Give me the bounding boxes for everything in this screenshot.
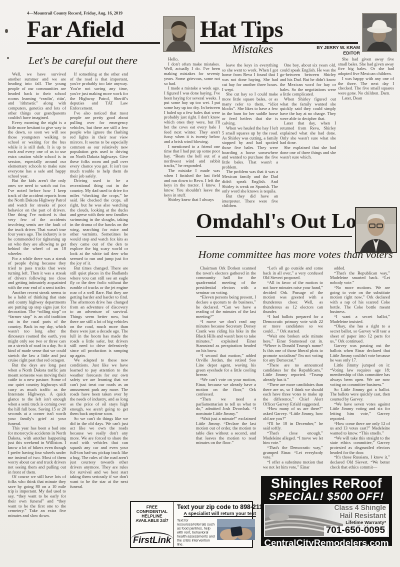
firstlink-helpline-ad: FREE CONFIDENTIAL HELPLINE AVAILABLE 24/…: [130, 501, 253, 548]
byline-name: BY JERRY W. KRAM: [317, 45, 360, 50]
paragraph: Well, we have survived another summer an…: [8, 72, 66, 121]
paragraph: “Okay, she has a right to a secret ballo…: [330, 324, 390, 343]
hat-tips-column-2: leave the keys in everything so she went…: [222, 63, 278, 210]
shingles-ad-website: CentralCityRemodelers.com: [261, 538, 392, 549]
paragraph: “I offer a substitute motion that we not…: [263, 460, 323, 470]
omdahl-column-2: “Let's all go outside and come back in a…: [263, 266, 323, 472]
firstlink-ad-headline: Text your zip code to 898-211: [177, 504, 263, 511]
paragraph: This year has been a bad one for motorcy…: [8, 426, 66, 475]
paragraph: The problem was that it was a Mexican fa…: [222, 170, 278, 194]
shingles-ad-title: Shingles ReRoof: [261, 477, 392, 491]
hat-tips-subhead: Mistakes: [200, 44, 305, 56]
paragraph: I've also noticed that most people are p…: [70, 111, 128, 179]
paragraph: “Wait just a minute!” exclaimed Little J…: [196, 416, 256, 445]
paragraph: “I move we don't read any minutes becaus…: [196, 319, 256, 353]
far-afield-column-2: If something at the other end of the roa…: [70, 72, 128, 531]
omdahl-rule: [196, 236, 352, 237]
firstlink-logo: FirstLink: [133, 535, 171, 545]
paragraph: “We have seven votes against Little Jimm…: [330, 402, 390, 421]
paragraph: But times changed. There are still quiet…: [70, 266, 128, 358]
firstlink-line-available: AVAILABLE 24/7: [132, 519, 172, 524]
paragraph: “We will take this straight to the state…: [330, 436, 390, 455]
paragraph: Another recent streak seems to be a habi…: [8, 290, 66, 363]
paragraph: Of course we still have lots of folks wh…: [8, 475, 66, 519]
paragraph: I made a mistake a week ago. I figured I…: [164, 86, 220, 144]
paragraph: “I'll be 18 in December,” he said softly…: [263, 421, 323, 431]
paragraph: “I had ballots prepared for a Democratic…: [263, 315, 323, 334]
paragraph: She cut hay so I could make more little …: [222, 92, 278, 126]
paragraph: “That's close enough,” Madeleine alleged…: [263, 431, 323, 446]
paragraph: So Little Jimmy got a ballot. The ballot…: [330, 387, 390, 402]
jerry-kram-portrait: [164, 17, 194, 51]
shingles-ad-features-main: Class 4 Shingle Hail Resistant: [334, 505, 386, 520]
shingles-ad-special-offer: SPECIAL! $500 OFF!: [261, 491, 392, 503]
firstlink-ad-subheadline: A specialist will return your text: [177, 512, 263, 517]
scan-speck: [5, 29, 8, 33]
firstlink-ad-body-text: Text for resources/referrals such as foo…: [177, 519, 215, 543]
paragraph: Chairman Ork Dorken scanned the town's e…: [196, 266, 256, 295]
omdahl-column-1: Chairman Ork Dorken scanned the town's e…: [196, 266, 256, 472]
paragraph: I don't often make mistakes. Well, actua…: [164, 62, 220, 86]
paragraph: leave the keys in everything so she went…: [222, 63, 278, 92]
hat-tips-column-4: She had given away five small bales. She…: [338, 57, 394, 207]
far-afield-column-1: Well, we have survived another summer an…: [8, 72, 66, 563]
paragraph: Later that day, when I returned from Rev…: [280, 121, 336, 145]
paragraph: “There are no announced candidates for t…: [263, 363, 323, 382]
paragraph: “Wait one broken axle minute here,” Eina…: [263, 334, 323, 363]
paragraph: So we can't do things like we did in the…: [70, 416, 128, 489]
lloyd-omdahl-portrait: [356, 208, 396, 252]
paragraph: Little Jimmy jumped on it: “Voting law r…: [330, 363, 390, 387]
paragraph: One boy, about six years old, could spea…: [280, 63, 336, 97]
hat-tips-title: Hat Tips: [200, 17, 283, 43]
paragraph: But the days are long past when a North …: [8, 363, 66, 426]
firstlink-ad-right-panel: Text your zip code to 898-211 A speciali…: [174, 502, 265, 547]
texting-hands-photo: [217, 519, 255, 540]
paragraph: When Shirley figured out what the family…: [280, 97, 336, 121]
shingles-ad-inner-panel: Class 4 Shingle Hail Resistant Lifetime …: [264, 504, 389, 537]
far-afield-title: Far Afield: [27, 17, 124, 43]
dean-meyer-headshot-photo: [362, 13, 397, 52]
paragraph: “Then we need a parliamentarian to tell …: [196, 397, 256, 416]
lloyd-omdahl-headshot-photo: [355, 207, 397, 253]
omdahl-subhead: Home committee has more votes than voter…: [196, 249, 395, 261]
paragraph: “How come there are only 12 of us and 13…: [330, 421, 390, 436]
paragraph: “Let's all go outside and come back in a…: [263, 266, 323, 281]
firstlink-ad-lines: FREE CONFIDENTIAL HELPLINE AVAILABLE 24/…: [132, 505, 172, 523]
paragraph: When we hauled the hay I left 5 small sq…: [222, 126, 278, 170]
paragraph: Garvey was passing out the ballots when …: [330, 344, 390, 363]
paragraph: Later, Dean: [338, 96, 394, 101]
paragraph: If something at the other end of the roa…: [70, 72, 128, 111]
paragraph: “We can't vote on your motion, Einar, be…: [196, 378, 256, 397]
far-afield-rule: [27, 42, 160, 44]
paragraph: But the kids aren't the only ones we nee…: [8, 179, 66, 257]
paragraph: The mistake I made was when I finished t…: [164, 169, 220, 198]
paragraph: “It's those Russians, I know it,” declar…: [330, 455, 390, 470]
paragraph: Shirley knew that I always: [164, 198, 220, 203]
paragraph: “Eleven persons being present, I declare…: [196, 295, 256, 319]
shingles-reroof-ad: Shingles ReRoof SPECIAL! $500 OFF! Class…: [261, 476, 392, 546]
paragraph: Every morning the night is a little more…: [8, 121, 66, 179]
paragraph: For a while there was a streak of people…: [8, 256, 66, 290]
paragraph: “All in favor of the motion to not have …: [263, 281, 323, 315]
paragraph: She explained that she had done one of t…: [280, 145, 336, 160]
firstlink-ad-left-panel: FREE CONFIDENTIAL HELPLINE AVAILABLE 24/…: [131, 502, 174, 547]
dean-meyer-portrait: [363, 14, 396, 51]
feature-hail: Hail Resistant: [334, 513, 386, 521]
paragraph: “That's the Democratic way,” grumped Ein…: [263, 446, 323, 461]
shingles-ad-phone-number: 701-650-0095: [324, 526, 387, 536]
omdahl-title: Omdahl's Out Look: [196, 209, 379, 234]
hat-tips-column-1: Hello,I don't often make mistakes. Well,…: [164, 57, 220, 210]
paragraph: We adapted to these new conditions. Just…: [70, 358, 128, 416]
feature-class4: Class 4 Shingle: [334, 505, 386, 513]
far-afield-subhead: Let's be careful out there: [8, 55, 158, 67]
byline-role: EDITOR: [343, 51, 360, 56]
paragraph: But they did have an interpreter. There …: [222, 194, 278, 209]
paragraph: Driving used to be a recreational thing …: [70, 179, 128, 266]
paragraph: “That's the Republican way,” Madeleine s…: [330, 271, 390, 286]
paragraph: “There are more candidates than there ar…: [263, 382, 323, 406]
paragraph: She had given away five small bales. She…: [338, 57, 394, 76]
paragraph: “How many of us are there?” asked Garvey…: [263, 407, 323, 422]
paragraph: “I second that motion,” added Orville Jo…: [196, 353, 256, 377]
paragraph: I was happy with any one of the three. T…: [338, 76, 394, 95]
paragraph: I mentioned to a friend one time that I …: [164, 144, 220, 168]
jerry-kram-headshot-photo: [163, 16, 195, 52]
omdahl-column-3: added.“That's the Republican way,” Madel…: [330, 266, 390, 471]
hat-tips-column-3: One boy, about six years old, could spea…: [280, 63, 336, 210]
paragraph: “No more motions. We are going to vote o…: [330, 285, 390, 314]
newspaper-page-scan: 4—Mountrail County Record, Friday, Aug. …: [0, 0, 400, 567]
